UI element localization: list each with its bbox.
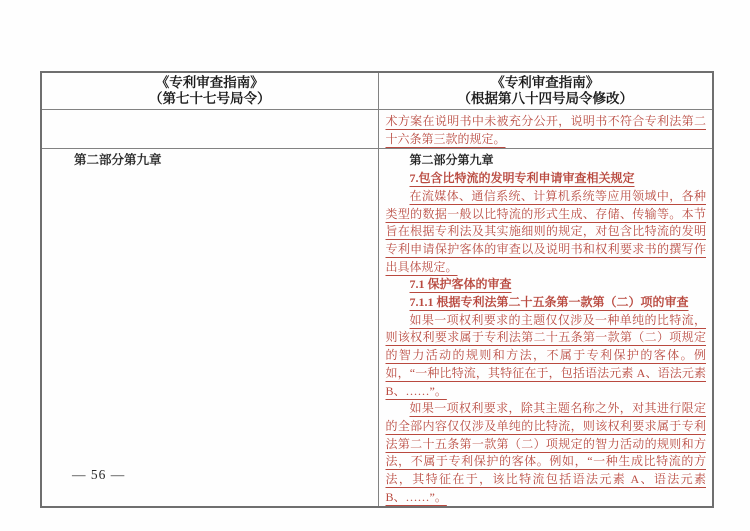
header-cell-old-guideline: 《专利审查指南》 （第七十七号局令） [41,72,378,110]
old-guideline-cell: 第二部分第九章 [41,149,378,508]
revised-text-paragraph: 7.包含比特流的发明专利申请审查相关规定 [386,170,707,188]
header-old-subtitle: （第七十七号局令） [42,91,378,107]
revised-text-paragraph: 如果一项权利要求的主题仅仅涉及一种单纯的比特流，则该权利要求属于专利法第二十五条… [386,312,707,401]
header-cell-new-guideline: 《专利审查指南》 （根据第八十四号局令修改） [378,72,713,110]
document-page: 《专利审查指南》 （第七十七号局令） 《专利审查指南》 （根据第八十四号局令修改… [0,0,750,531]
revised-text-paragraph: 术方案在说明书中未被充分公开，说明书不符合专利法第二十六条第三款的规定。 [386,113,707,148]
section-label: 第二部分第九章 [49,152,372,170]
page-number: — 56 — [72,467,125,483]
revised-text-paragraph: 7.1.1 根据专利法第二十五条第一款第（二）项的审查 [386,294,707,312]
revised-guideline-cell: 第二部分第九章7.包含比特流的发明专利申请审查相关规定在流媒体、通信系统、计算机… [378,149,713,508]
revised-text-paragraph: 如果一项权利要求，除其主题名称之外，对其进行限定的全部内容仅仅涉及单纯的比特流，… [386,400,707,506]
table-row: 第二部分第九章第二部分第九章7.包含比特流的发明专利申请审查相关规定在流媒体、通… [41,149,713,508]
header-old-title: 《专利审查指南》 [42,75,378,91]
header-new-subtitle: （根据第八十四号局令修改） [379,91,713,107]
header-new-title: 《专利审查指南》 [379,75,713,91]
revised-text-paragraph: 在流媒体、通信系统、计算机系统等应用领域中，各种类型的数据一般以比特流的形式生成… [386,188,707,277]
table-header-row: 《专利审查指南》 （第七十七号局令） 《专利审查指南》 （根据第八十四号局令修改… [41,72,713,110]
table-body: 术方案在说明书中未被充分公开，说明书不符合专利法第二十六条第三款的规定。第二部分… [41,110,713,508]
revised-text-paragraph: 7.1 保护客体的审查 [386,276,707,294]
revised-guideline-cell: 术方案在说明书中未被充分公开，说明书不符合专利法第二十六条第三款的规定。 [378,110,713,149]
old-guideline-cell [41,110,378,149]
guideline-comparison-table: 《专利审查指南》 （第七十七号局令） 《专利审查指南》 （根据第八十四号局令修改… [40,71,714,508]
table-row: 术方案在说明书中未被充分公开，说明书不符合专利法第二十六条第三款的规定。 [41,110,713,149]
section-label: 第二部分第九章 [386,152,707,170]
